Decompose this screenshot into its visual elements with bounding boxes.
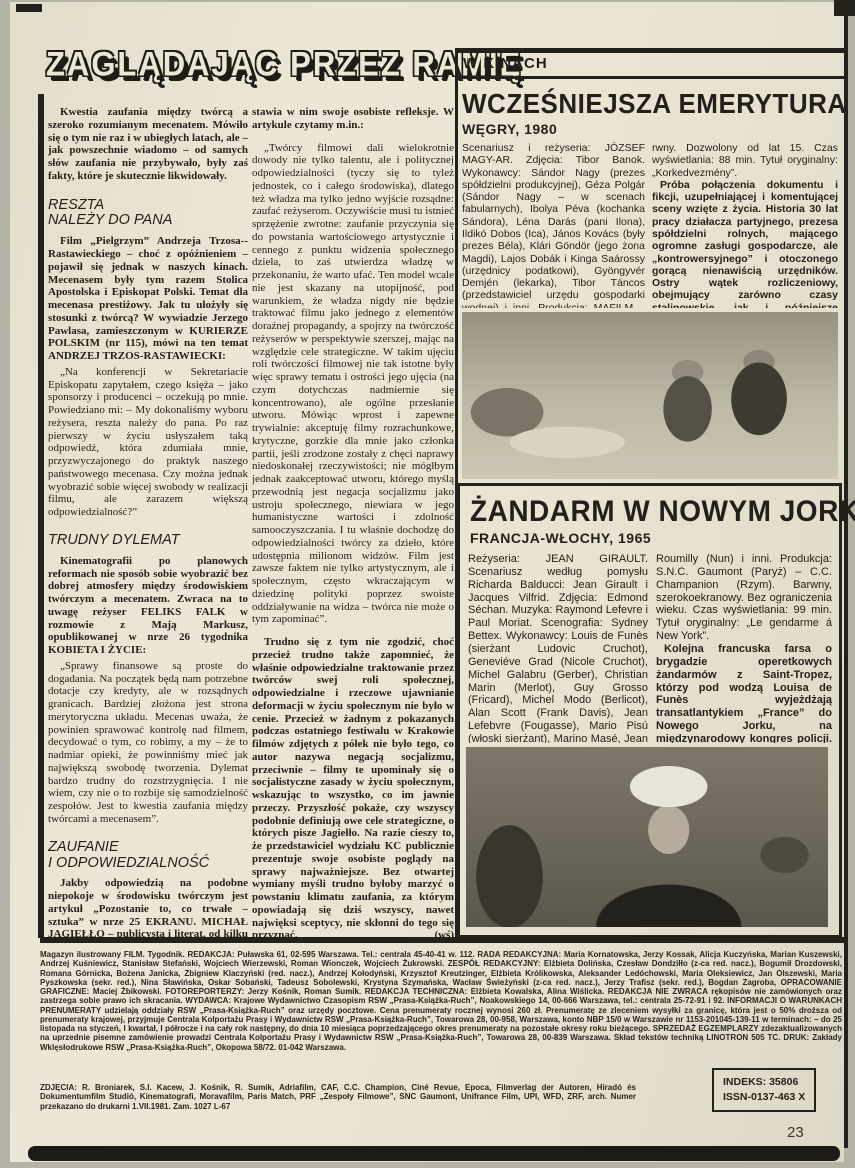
photo-still-zandarm-w-nowym-jorku [466, 747, 828, 927]
paragraph: Jakby odpowiedzią na podobne niepokoje w… [48, 877, 248, 940]
page-bottom-edge [28, 1146, 840, 1161]
movie2-credits-column-1: Reżyseria: JEAN GIRAULT. Scenariusz wedł… [468, 553, 648, 743]
paragraph: Kinematografii po planowych reformach ni… [48, 555, 248, 657]
movie2-synopsis: Kolejna francuska farsa o brygadzie oper… [656, 643, 832, 743]
indeks-issn-box: INDEKS: 35806 ISSN-0137-463 X [712, 1068, 816, 1112]
masthead-imprint: Magazyn ilustrowany FILM. Tygodnik. REDA… [40, 950, 842, 1052]
paragraph: stawia w nim swoje osobiste refleksje. W… [252, 106, 454, 132]
movie1-credits-column-2: rwny. Dozwolony od lat 15. Czas wyświetl… [652, 142, 838, 308]
photo-credits: ZDJĘCIA: R. Broniarek, S.I. Kacew, J. Ko… [40, 1083, 636, 1111]
closing-text: Trudno się z tym nie zgodzić, choć przec… [252, 636, 454, 940]
magazine-page: ZAGLĄDAJĄC PRZEZ RAMIĘ W KINACH Kwestia … [0, 0, 855, 1168]
movie1-synopsis: Próba połączenia dokumentu i fikcji, uzu… [652, 179, 838, 308]
page-number: 23 [787, 1124, 804, 1141]
movie2-title: ŻANDARM W NOWYM JORKU [470, 495, 855, 529]
movie2-country-year: FRANCJA-WŁOCHY, 1965 [470, 530, 651, 546]
movie1-title: WCZEŚNIEJSZA EMERYTURA [462, 88, 847, 121]
quote-paragraph: „Twórcy filmowi dali wielokrotnie dowody… [252, 142, 454, 627]
section-heading-trudny-dylemat: TRUDNY DYLEMAT [48, 533, 248, 549]
movie1-credits: Scenariusz i reżyseria: JÓZSEF MAGY-AR. … [462, 142, 645, 308]
page-right-edge [844, 8, 848, 1148]
footer-divider-rule [40, 937, 845, 943]
paragraph: Film „Pielgrzym” Andrzeja Trzosa--Rastaw… [48, 235, 248, 363]
movie1-credits-cont: rwny. Dozwolony od lat 15. Czas wyświetl… [652, 142, 838, 179]
article-intro: Kwestia zaufania między twórcą a szeroko… [48, 106, 248, 183]
w-kinach-bottom-rule [455, 76, 845, 79]
w-kinach-section-label: W KINACH [463, 55, 548, 72]
article-column-2: stawia w nim swoje osobiste refleksje. W… [252, 106, 454, 940]
closing-paragraph: Trudno się z tym nie zgodzić, choć przec… [252, 636, 454, 940]
left-margin-rule [38, 94, 44, 938]
section-heading-zaufanie: ZAUFANIE I ODPOWIEDZIALNOŚĆ [48, 840, 248, 872]
page-title: ZAGLĄDAJĄC PRZEZ RAMIĘ [46, 44, 456, 84]
movie2-credits: Reżyseria: JEAN GIRAULT. Scenariusz wedł… [468, 553, 648, 743]
article-column-1: Kwestia zaufania między twórcą a szeroko… [48, 106, 248, 940]
section-heading-reszta: RESZTA NALEŻY DO PANA [48, 198, 248, 230]
movie2-credits-cont: Roumilly (Nun) i inni. Produkcja: S.N.C.… [656, 553, 832, 643]
quote-paragraph: „Sprawy finansowe są proste do dogadania… [48, 660, 248, 826]
movie1-country-year: WĘGRY, 1980 [462, 121, 557, 137]
scan-mark-top-left [16, 4, 42, 12]
photo-still-wczesniejsza-emerytura [462, 312, 838, 479]
w-kinach-top-rule [455, 48, 845, 53]
movie1-credits-column-1: Scenariusz i reżyseria: JÓZSEF MAGY-AR. … [462, 142, 645, 308]
movie2-credits-column-2: Roumilly (Nun) i inni. Produkcja: S.N.C.… [656, 553, 832, 743]
quote-paragraph: „Na konferencji w Sekretariacie Episkopa… [48, 366, 248, 519]
